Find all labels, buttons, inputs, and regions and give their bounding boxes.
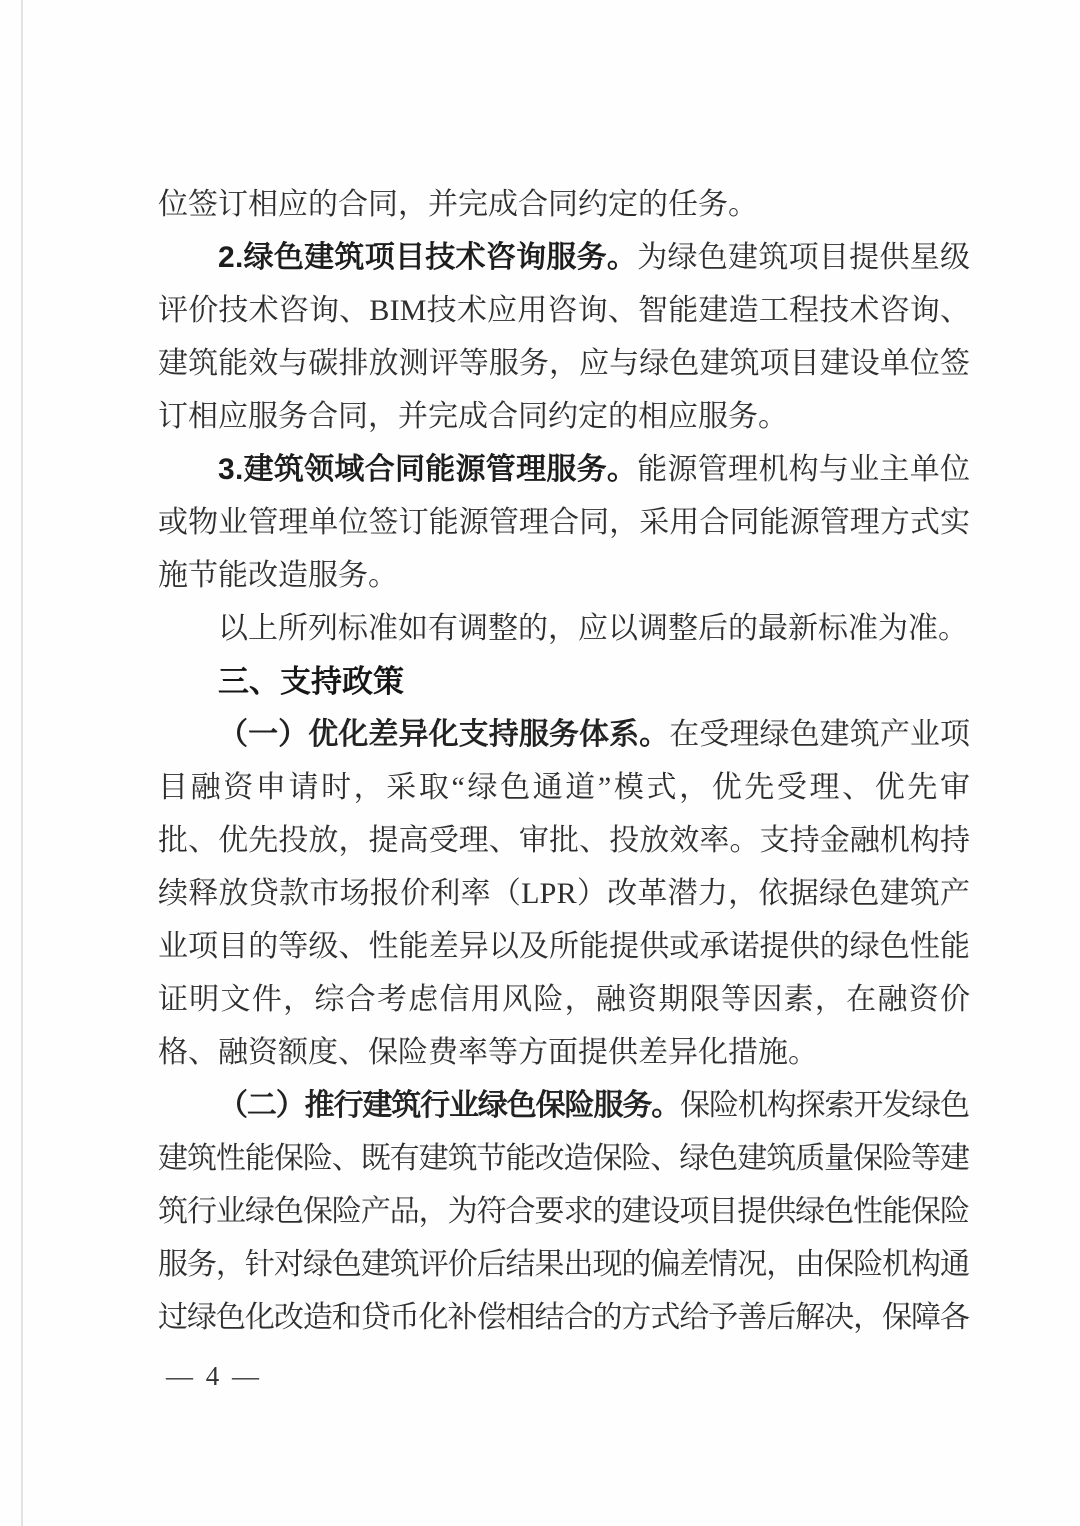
text-run-body: 以上所列标准如有调整的，应以调整后的最新标准为准。: [218, 612, 968, 645]
text-run-body: 筑行业绿色保险产品，为符合要求的建设项目提供绿色性能保险: [158, 1195, 969, 1228]
text-line: 三、支持政策: [158, 655, 970, 708]
text-run-body: 续释放贷款市场报价利率（LPR）改革潜力，依据绿色建筑产: [158, 877, 970, 910]
text-line: 订相应服务合同，并完成合同约定的相应服务。: [158, 390, 970, 443]
text-run-body: 建筑性能保险、既有建筑节能改造保险、绿色建筑质量保险等建: [158, 1142, 969, 1175]
text-run-kai: （一）优化差异化支持服务体系。: [218, 718, 669, 751]
text-run-body: 或物业管理单位签订能源管理合同，采用合同能源管理方式实: [158, 506, 970, 539]
text-line: 3.建筑领域合同能源管理服务。能源管理机构与业主单位: [158, 443, 970, 496]
text-line: （二）推行建筑行业绿色保险服务。保险机构探索开发绿色: [158, 1079, 970, 1132]
text-run-heading: 三、支持政策: [218, 664, 404, 699]
text-line: 续释放贷款市场报价利率（LPR）改革潜力，依据绿色建筑产: [158, 867, 970, 920]
text-line: 2.绿色建筑项目技术咨询服务。为绿色建筑项目提供星级: [158, 231, 970, 284]
text-line: 评价技术咨询、BIM技术应用咨询、智能建造工程技术咨询、: [158, 284, 970, 337]
text-line: 过绿色化改造和贷币化补偿相结合的方式给予善后解决，保障各: [158, 1291, 970, 1344]
text-line: 或物业管理单位签订能源管理合同，采用合同能源管理方式实: [158, 496, 970, 549]
document-body: 位签订相应的合同，并完成合同约定的任务。2.绿色建筑项目技术咨询服务。为绿色建筑…: [158, 178, 970, 1344]
page-number: — 4 —: [166, 1356, 262, 1396]
text-run-body: 在受理绿色建筑产业项: [669, 718, 970, 751]
text-run-body: 能源管理机构与业主单位: [637, 453, 970, 486]
text-run-body: 证明文件，综合考虑信用风险，融资期限等因素，在融资价: [158, 983, 971, 1016]
text-run-body: 格、融资额度、保险费率等方面提供差异化措施。: [158, 1036, 818, 1069]
text-line: 格、融资额度、保险费率等方面提供差异化措施。: [158, 1026, 970, 1079]
document-page: 位签订相应的合同，并完成合同约定的任务。2.绿色建筑项目技术咨询服务。为绿色建筑…: [0, 0, 1080, 1526]
text-line: 筑行业绿色保险产品，为符合要求的建设项目提供绿色性能保险: [158, 1185, 970, 1238]
text-run-body: 位签订相应的合同，并完成合同约定的任务。: [158, 188, 758, 221]
text-line: （一）优化差异化支持服务体系。在受理绿色建筑产业项: [158, 708, 970, 761]
text-run-body: 服务，针对绿色建筑评价后结果出现的偏差情况，由保险机构通: [158, 1248, 969, 1281]
text-run-body: 建筑能效与碳排放测评等服务，应与绿色建筑项目建设单位签: [158, 347, 970, 380]
text-run-body: 目融资申请时，采取“绿色通道”模式，优先受理、优先审: [158, 771, 973, 804]
text-line: 批、优先投放，提高受理、审批、投放效率。支持金融机构持: [158, 814, 970, 867]
text-line: 业项目的等级、性能差异以及所能提供或承诺提供的绿色性能: [158, 920, 970, 973]
text-run-hei: 3.建筑领域合同能源管理服务。: [218, 453, 637, 486]
text-line: 以上所列标准如有调整的，应以调整后的最新标准为准。: [158, 602, 970, 655]
text-line: 证明文件，综合考虑信用风险，融资期限等因素，在融资价: [158, 973, 970, 1026]
text-line: 施节能改造服务。: [158, 549, 970, 602]
text-run-body: 过绿色化改造和贷币化补偿相结合的方式给予善后解决，保障各: [158, 1301, 969, 1334]
text-line: 位签订相应的合同，并完成合同约定的任务。: [158, 178, 970, 231]
text-run-body: 保险机构探索开发绿色: [680, 1089, 969, 1122]
text-run-hei: 2.绿色建筑项目技术咨询服务。: [218, 241, 637, 274]
text-run-body: 订相应服务合同，并完成合同约定的相应服务。: [158, 400, 788, 433]
page-edge-line: [21, 0, 23, 1526]
text-line: 建筑性能保险、既有建筑节能改造保险、绿色建筑质量保险等建: [158, 1132, 970, 1185]
text-run-body: 为绿色建筑项目提供星级: [637, 241, 970, 274]
text-run-kai: （二）推行建筑行业绿色保险服务。: [218, 1089, 680, 1122]
text-line: 服务，针对绿色建筑评价后结果出现的偏差情况，由保险机构通: [158, 1238, 970, 1291]
text-run-body: 批、优先投放，提高受理、审批、投放效率。支持金融机构持: [158, 824, 970, 857]
text-line: 建筑能效与碳排放测评等服务，应与绿色建筑项目建设单位签: [158, 337, 970, 390]
text-line: 目融资申请时，采取“绿色通道”模式，优先受理、优先审: [158, 761, 970, 814]
text-run-body: 业项目的等级、性能差异以及所能提供或承诺提供的绿色性能: [158, 930, 970, 963]
text-run-body: 施节能改造服务。: [158, 559, 398, 592]
text-run-body: 评价技术咨询、BIM技术应用咨询、智能建造工程技术咨询、: [158, 294, 970, 327]
